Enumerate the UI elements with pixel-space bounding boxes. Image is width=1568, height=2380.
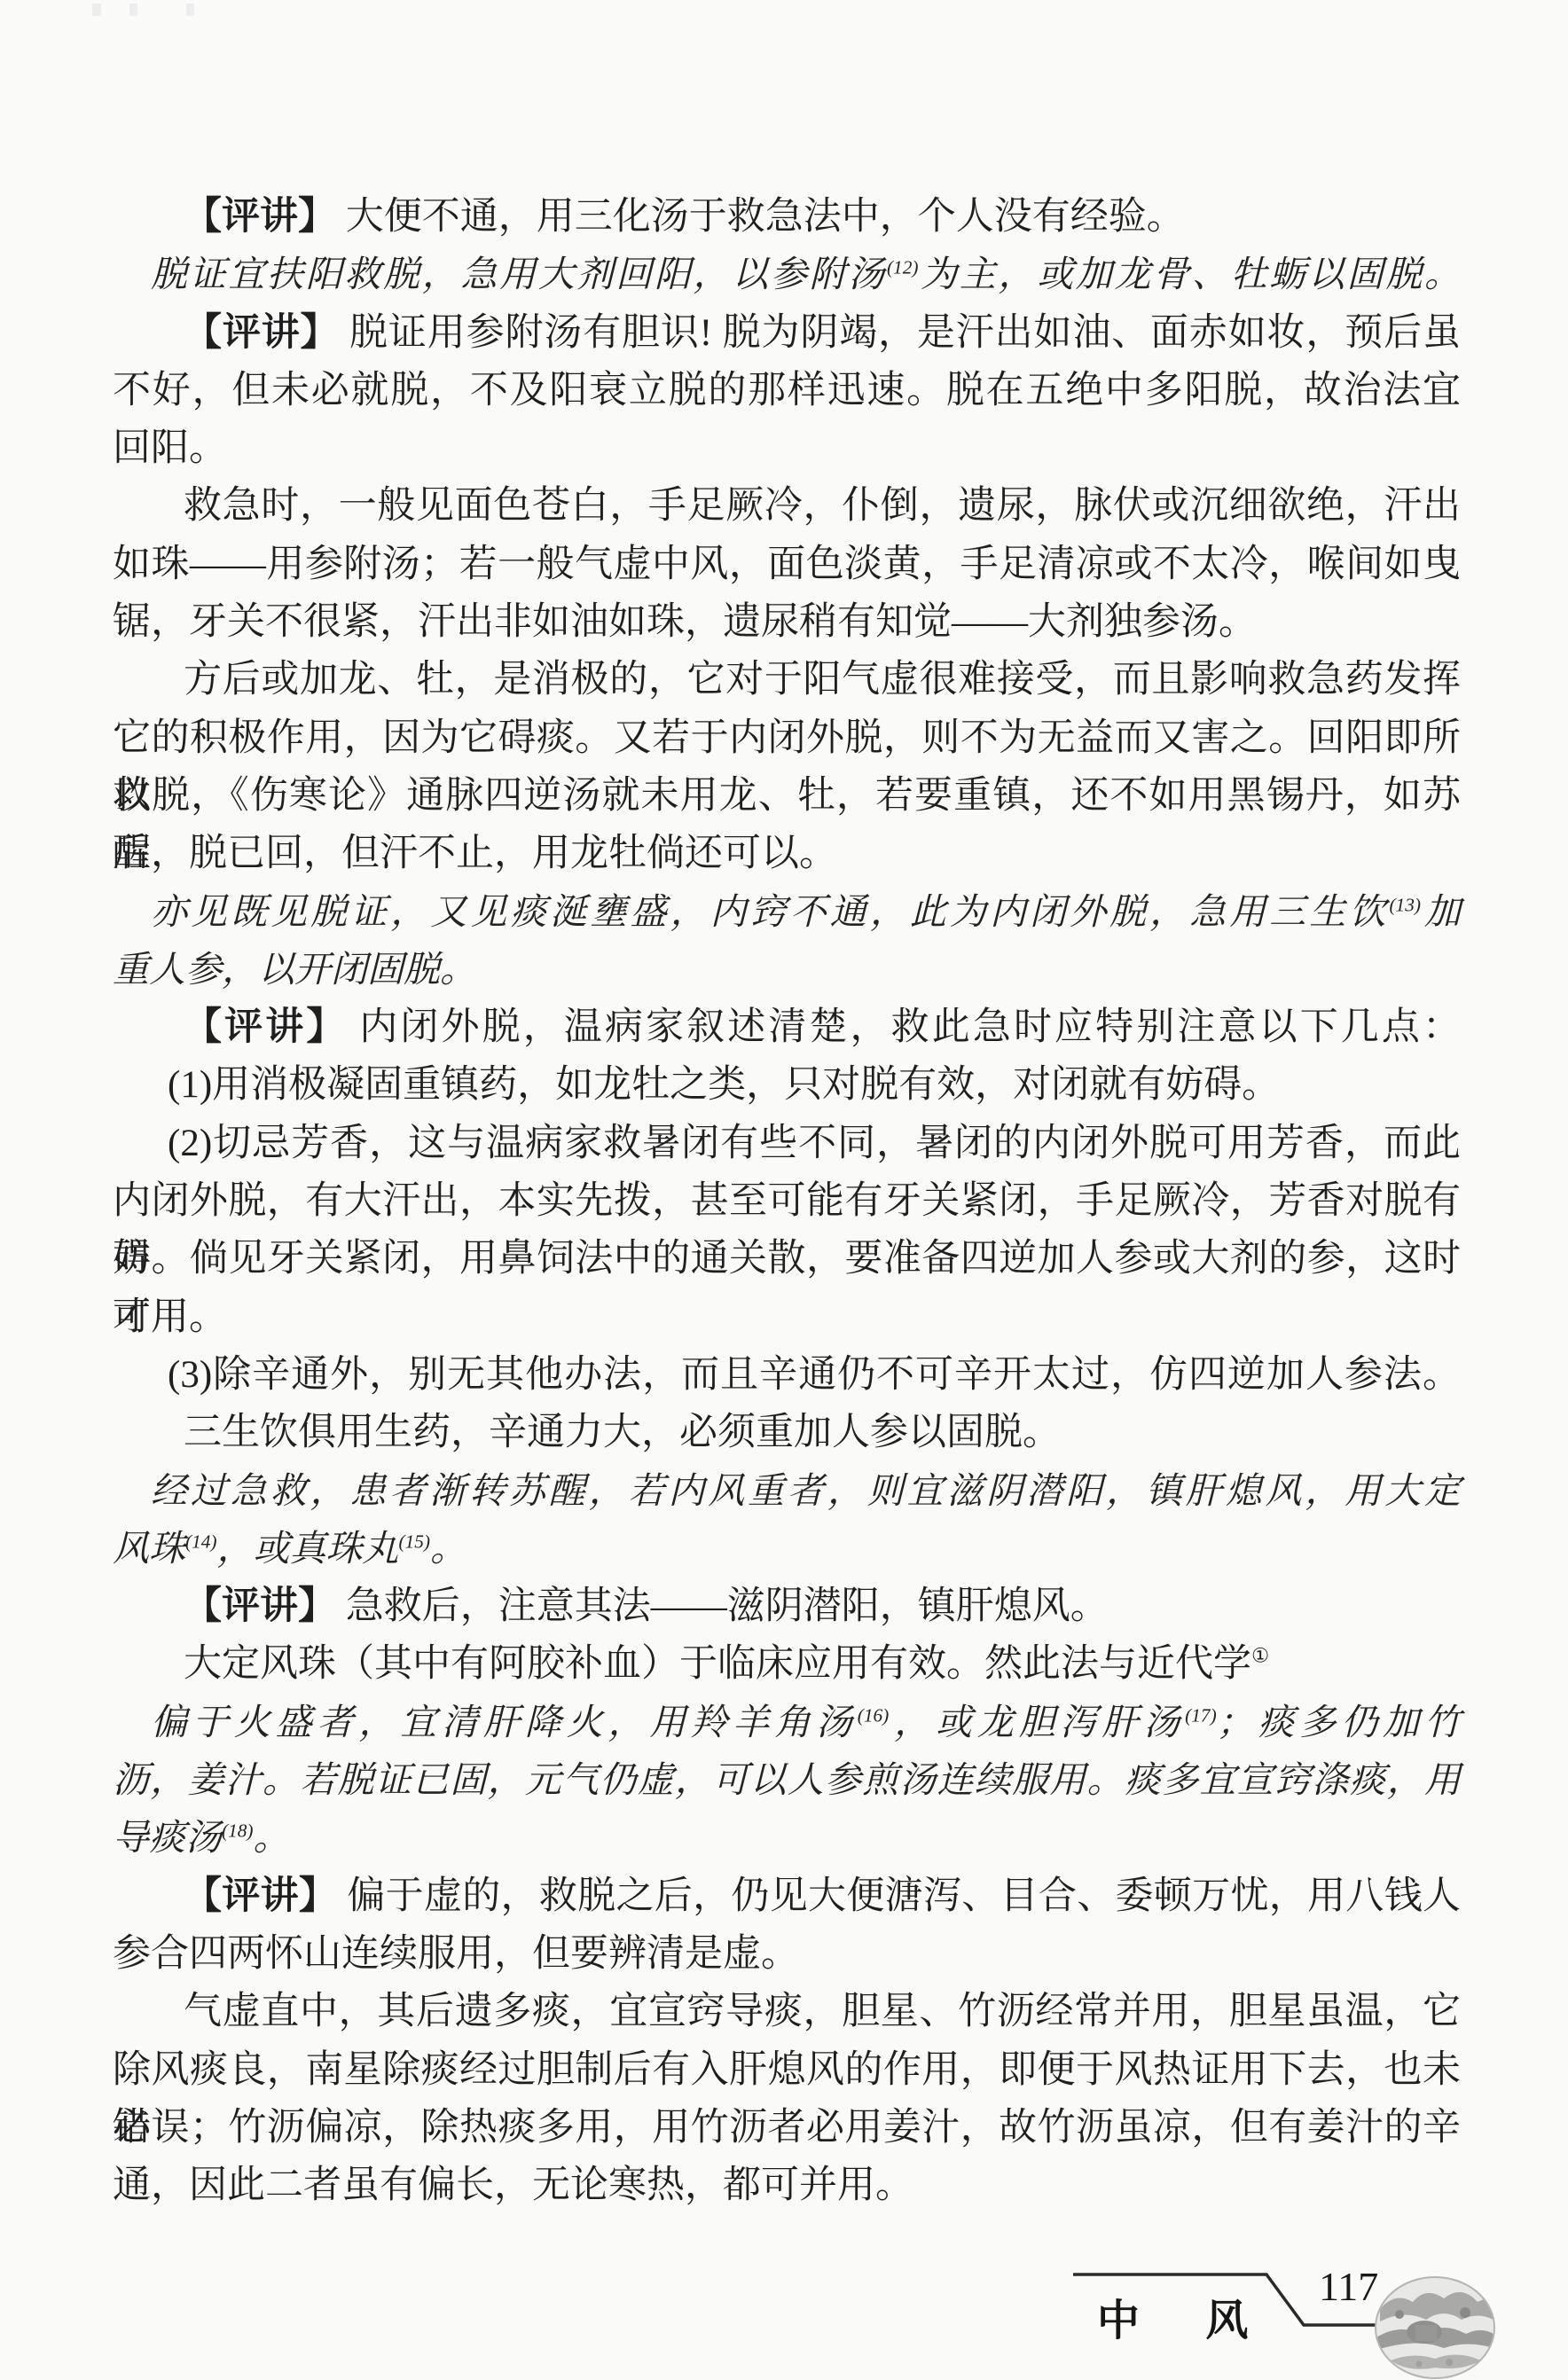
text-run: 。 <box>254 1817 290 1858</box>
scan-artifact <box>186 4 194 16</box>
footnote-marker: ① <box>1251 1645 1269 1667</box>
body-text-line: 通，因此二者虽有偏长，无论寒热，都可并用。 <box>113 2157 1461 2214</box>
text-run: 如珠——用参附汤；若一般气虚中风，面色淡黄，手足清凉或不太冷，喉间如曳 <box>113 544 1461 585</box>
body-text-line: (2)切忌芳香，这与温病家救暑闭有些不同，暑闭的内闭外脱可用芳香，而此 <box>113 1115 1461 1172</box>
text-run: 经过急救，患者渐转苏醒，若内风重者，则宜滋阴潜阳，镇肝熄风，用大定 <box>151 1470 1461 1511</box>
text-run: 可用。 <box>113 1296 227 1338</box>
text-run: 偏于火盛者，宜清肝降火，用羚羊角汤 <box>151 1702 858 1742</box>
commentary-quote-line: 风珠(14)，或真珠丸(15)。 <box>113 1520 1461 1578</box>
text-run: 大定风珠（其中有阿胶补血）于临床应用有效。然此法与近代学 <box>184 1643 1251 1685</box>
text-run: 通，因此二者虽有偏长，无论寒热，都可并用。 <box>113 2165 913 2206</box>
body-text-line: 后，脱已回，但汗不止，用龙牡倘还可以。 <box>113 825 1461 882</box>
footnote-marker: (13) <box>1389 894 1421 915</box>
footnote-marker: (17) <box>1185 1704 1217 1726</box>
footnote-marker: (18) <box>222 1820 254 1842</box>
text-run: 脱证用参附汤有胆识! 脱为阴竭，是汗出如油、面赤如妆，预后虽 <box>339 312 1461 354</box>
text-run: 。 <box>430 1528 466 1569</box>
text-run: 亦见既见脱证，又见痰涎壅盛，内窍不通，此为内闭外脱，急用三生饮 <box>151 891 1389 932</box>
body-text-line: 方后或加龙、牡，是消极的，它对于阳气虚很难接受，而且影响救急药发挥 <box>113 651 1461 709</box>
body-text-line: 锯，牙关不很紧，汗出非如油如珠，遗尿稍有知觉——大剂独参汤。 <box>113 593 1461 651</box>
body-text-line: 大定风珠（其中有阿胶补血）于临床应用有效。然此法与近代学① <box>113 1635 1461 1693</box>
text-run: 内闭外脱，温病家叙述清楚，救此急时应特别注意以下几点： <box>347 1006 1461 1048</box>
text-run: 不好，但未必就脱，不及阳衰立脱的那样迅速。脱在五绝中多阳脱，故治法宜 <box>113 370 1461 411</box>
text-run: 锯，牙关不很紧，汗出非如油如珠，遗尿稍有知觉——大剂独参汤。 <box>113 601 1257 643</box>
body-text-line: 【评讲】 脱证用参附汤有胆识! 脱为阴竭，是汗出如油、面赤如妆，预后虽 <box>113 304 1461 362</box>
commentary-quote-line: 亦见既见脱证，又见痰涎壅盛，内窍不通，此为内闭外脱，急用三生饮(13)加 <box>113 883 1461 941</box>
footnote-marker: (12) <box>887 257 919 278</box>
text-run: 方后或加龙、牡，是消极的，它对于阳气虚很难接受，而且影响救急药发挥 <box>184 659 1461 701</box>
body-text-line: (1)用消极凝固重镇药，如龙牡之类，只对脱有效，对闭就有妨碍。 <box>113 1056 1461 1114</box>
footnote-marker: (14) <box>185 1531 217 1552</box>
body-text-line: 参合四两怀山连续服用，但要辨清是虚。 <box>113 1925 1461 1983</box>
body-text-line: 不好，但未必就脱，不及阳衰立脱的那样迅速。脱在五绝中多阳脱，故治法宜 <box>113 362 1461 419</box>
text-run: 气虚直中，其后遗多痰，宜宣窍导痰，胆星、竹沥经常并用，胆星虽温，它 <box>184 1991 1461 2032</box>
scan-artifact <box>129 4 137 16</box>
comment-label: 【评讲】 <box>184 196 336 238</box>
text-run: (3)除辛通外，别无其他办法，而且辛通仍不可辛开太过，仿四逆加人参法。 <box>168 1354 1461 1396</box>
text-run: 急救后，注意其法——滋阴潜阳，镇肝熄风。 <box>336 1585 1109 1627</box>
text-run: 回阳。 <box>113 427 227 469</box>
footer-section-title: 中风 <box>1097 2286 1314 2347</box>
commentary-quote-line: 脱证宜扶阳救脱，急用大剂回阳，以参附汤(12)为主，或加龙骨、牡蛎以固脱。 <box>113 246 1461 303</box>
text-run: (2)切忌芳香，这与温病家救暑闭有些不同，暑闭的内闭外脱可用芳香，而此 <box>168 1123 1461 1164</box>
footnote-marker: (15) <box>399 1531 431 1552</box>
body-text-line: 救急时，一般见面色苍白，手足厥冷，仆倒，遗尿，脉伏或沉细欲绝，汗出 <box>113 477 1461 535</box>
footer-page-number: 117 <box>1319 2263 1378 2310</box>
comment-label: 【评讲】 <box>184 1585 336 1627</box>
text-run: (1)用消极凝固重镇药，如龙牡之类，只对脱有效，对闭就有妨碍。 <box>168 1064 1280 1106</box>
text-run: 偏于虚的，救脱之后，仍见大便溏泻、目合、委顿万忧，用八钱人 <box>337 1875 1461 1917</box>
comment-label: 【评讲】 <box>184 1006 347 1048</box>
body-text-line: 【评讲】 急救后，注意其法——滋阴潜阳，镇肝熄风。 <box>113 1578 1461 1635</box>
body-text-line: 气虚直中，其后遗多痰，宜宣窍导痰，胆星、竹沥经常并用，胆星虽温，它 <box>113 1983 1461 2040</box>
body-text-line: 【评讲】 内闭外脱，温病家叙述清楚，救此急时应特别注意以下几点： <box>113 998 1461 1056</box>
commentary-quote-line: 经过急救，患者渐转苏醒，若内风重者，则宜滋阴潜阳，镇肝熄风，用大定 <box>113 1462 1461 1520</box>
text-run: 脱证宜扶阳救脱，急用大剂回阳，以参附汤 <box>151 254 887 294</box>
text-run: 救急时，一般见面色苍白，手足厥冷，仆倒，遗尿，脉伏或沉细欲绝，汗出 <box>184 485 1461 527</box>
text-run: 后，脱已回，但汗不止，用龙牡倘还可以。 <box>113 833 837 874</box>
body-text-line: (3)除辛通外，别无其他办法，而且辛通仍不可辛开太过，仿四逆加人参法。 <box>113 1346 1461 1404</box>
commentary-quote-line: 偏于火盛者，宜清肝降火，用羚羊角汤(16)，或龙胆泻肝汤(17)；痰多仍加竹 <box>113 1694 1461 1751</box>
commentary-quote-line: 重人参，以开闭固脱。 <box>113 941 1461 998</box>
body-text-line: 碍。倘见牙关紧闭，用鼻饲法中的通关散，要准备四逆加人参或大剂的参，这时才 <box>113 1230 1461 1288</box>
body-text-line: 它的积极作用，因为它碍痰。又若于内闭外脱，则不为无益而又害之。回阳即所以 <box>113 709 1461 767</box>
body-text-line: 【评讲】 偏于虚的，救脱之后，仍见大便溏泻、目合、委顿万忧，用八钱人 <box>113 1867 1461 1925</box>
text-run: 大便不通，用三化汤于救急法中，个人没有经验。 <box>336 196 1185 238</box>
body-text-line: 三生饮俱用生药，辛通力大，必须重加人参以固脱。 <box>113 1404 1461 1461</box>
body-text-line: 如珠——用参附汤；若一般气虚中风，面色淡黄，手足清凉或不太冷，喉间如曳 <box>113 536 1461 593</box>
text-run: 参合四两怀山连续服用，但要辨清是虚。 <box>113 1933 799 1975</box>
body-text-line: 可用。 <box>113 1288 1461 1346</box>
scan-artifact <box>92 4 101 16</box>
text-run: ，或龙胆泻肝汤 <box>889 1702 1185 1742</box>
text-run: 加 <box>1421 891 1461 932</box>
body-text: 【评讲】 大便不通，用三化汤于救急法中，个人没有经验。脱证宜扶阳救脱，急用大剂回… <box>113 188 1461 2214</box>
text-run: ，或真珠丸 <box>217 1528 399 1569</box>
body-text-line: 除风痰良，南星除痰经过胆制后有入肝熄风的作用，即便于风热证用下去，也未必 <box>113 2041 1461 2099</box>
comment-label: 【评讲】 <box>184 312 339 354</box>
body-text-line: 救脱，《伤寒论》通脉四逆汤就未用龙、牡，若要重镇，还不如用黑锡丹，如苏醒 <box>113 767 1461 825</box>
text-run: 重人参，以开闭固脱。 <box>113 949 476 990</box>
text-run: 错误；竹沥偏凉，除热痰多用，用竹沥者必用姜汁，故竹沥虽凉，但有姜汁的辛 <box>113 2107 1461 2149</box>
text-run: 风珠 <box>113 1528 185 1569</box>
text-run: 导痰汤 <box>113 1817 222 1858</box>
commentary-quote-line: 导痰汤(18)。 <box>113 1809 1461 1867</box>
body-text-line: 回阳。 <box>113 419 1461 477</box>
commentary-quote-line: 沥，姜汁。若脱证已固，元气仍虚，可以人参煎汤连续服用。痰多宜宣窍涤痰，用 <box>113 1751 1461 1809</box>
decorative-stamp <box>1373 2275 1501 2380</box>
text-run: 三生饮俱用生药，辛通力大，必须重加人参以固脱。 <box>184 1412 1061 1453</box>
body-text-line: 【评讲】 大便不通，用三化汤于救急法中，个人没有经验。 <box>113 188 1461 246</box>
text-run: ；痰多仍加竹 <box>1217 1702 1461 1742</box>
footnote-marker: (16) <box>858 1704 890 1726</box>
body-text-line: 内闭外脱，有大汗出，本实先拨，甚至可能有牙关紧闭，手足厥冷，芳香对脱有妨 <box>113 1172 1461 1230</box>
comment-label: 【评讲】 <box>184 1875 337 1917</box>
text-run: 为主，或加龙骨、牡蛎以固脱。 <box>918 254 1461 294</box>
body-text-line: 错误；竹沥偏凉，除热痰多用，用竹沥者必用姜汁，故竹沥虽凉，但有姜汁的辛 <box>113 2099 1461 2157</box>
text-run: 沥，姜汁。若脱证已固，元气仍虚，可以人参煎汤连续服用。痰多宜宣窍涤痰，用 <box>113 1759 1461 1800</box>
